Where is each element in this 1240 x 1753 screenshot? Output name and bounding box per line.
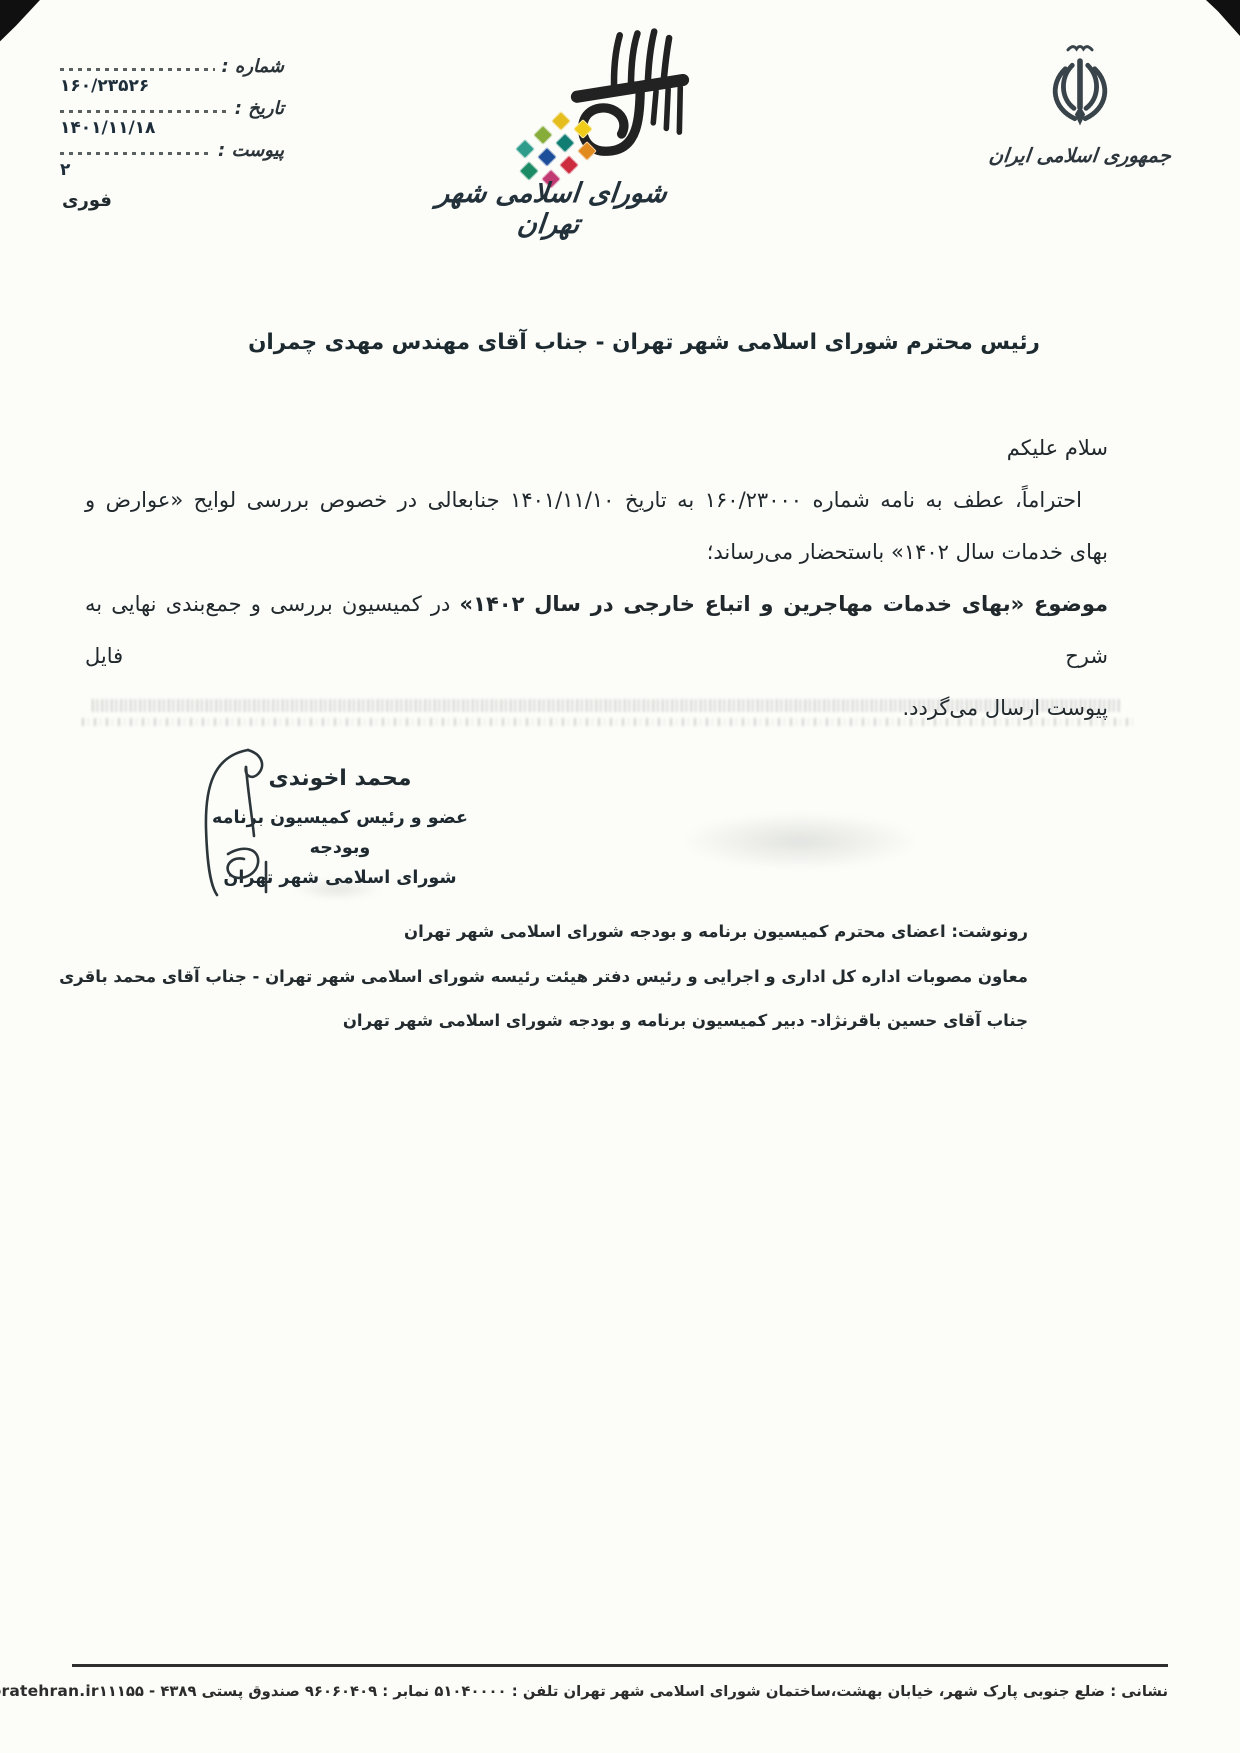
salutation: سلام علیکم — [85, 422, 1108, 474]
iran-emblem-icon — [1037, 42, 1123, 142]
logo-diamond — [555, 133, 575, 153]
recipient-line: رئیس محترم شورای اسلامی شهر تهران - جناب… — [140, 330, 1148, 355]
letter-body: سلام علیکم احتراماً، عطف به نامه شماره ۱… — [85, 422, 1108, 734]
logo-diamond — [515, 139, 535, 159]
logo-diamond — [533, 125, 553, 145]
body-line-2: بهای خدمات سال ۱۴۰۲» باستحضار می‌رساند؛ — [85, 526, 1108, 578]
footer-divider — [72, 1664, 1168, 1667]
body-line-1: احتراماً، عطف به نامه شماره ۱۶۰/۲۳۰۰۰ به… — [85, 474, 1108, 526]
scanned-letter-page: شماره : ۱۶۰/۲۳۵۲۶ تاریخ : ۱۴۰۱/۱۱/۱۸ پیو… — [0, 0, 1240, 1753]
cc-block: رونوشت: اعضای محترم کمیسیون برنامه و بود… — [59, 910, 1028, 1044]
cc-line-3: جناب آقای حسین باقرنژاد- دبیر کمیسیون بر… — [59, 999, 1028, 1044]
number-label: شماره : — [221, 56, 286, 77]
iran-emblem: جمهوری اسلامی ایران — [955, 42, 1205, 167]
scan-ghost-stamp — [680, 812, 920, 870]
council-logo: شورای اسلامی شهر تهران — [400, 26, 700, 241]
footer: نشانی : ضلع جنوبی پارک شهر، خیابان بهشت،… — [72, 1682, 1168, 1700]
footer-address: نشانی : ضلع جنوبی پارک شهر، خیابان بهشت،… — [99, 1683, 1168, 1700]
letter-number: ۱۶۰/۲۳۵۲۶ — [60, 76, 286, 96]
dashed-line — [60, 110, 229, 113]
cc-line-2: معاون مصوبات اداره کل اداری و اجرایی و ر… — [59, 955, 1028, 1000]
letter-date: ۱۴۰۱/۱۱/۱۸ — [60, 118, 286, 138]
logo-diamond — [537, 147, 557, 167]
website-url: www.shoratehran.ir — [0, 1682, 99, 1700]
state-name: جمهوری اسلامی ایران — [954, 144, 1206, 167]
council-name: شورای اسلامی شهر تهران — [397, 178, 704, 240]
body-line-3: موضوع «بهای خدمات مهاجرین و اتباع خارجی … — [85, 578, 1108, 682]
cc-line-1: رونوشت: اعضای محترم کمیسیون برنامه و بود… — [59, 910, 1028, 955]
dashed-line — [60, 152, 212, 155]
logo-diamond — [551, 111, 571, 131]
letter-meta-block: شماره : ۱۶۰/۲۳۵۲۶ تاریخ : ۱۴۰۱/۱۱/۱۸ پیو… — [58, 54, 286, 211]
subject-phrase: موضوع «بهای خدمات مهاجرین و اتباع خارجی … — [460, 592, 1108, 616]
date-label: تاریخ : — [235, 98, 286, 119]
urgency-stamp: فوری — [62, 190, 286, 211]
scan-smudge-line — [82, 718, 1136, 726]
dashed-line — [60, 68, 215, 71]
number-row: شماره : — [58, 56, 286, 77]
attachment-count: ۲ — [60, 160, 286, 180]
attachment-row: پیوست : — [58, 140, 286, 161]
handwritten-signature — [182, 744, 322, 904]
logo-diamond — [577, 141, 597, 161]
scan-smudge-line — [92, 699, 1120, 712]
logo-diamond — [573, 119, 593, 139]
logo-diamond — [559, 155, 579, 175]
scan-artifact-top-left — [0, 0, 54, 44]
date-row: تاریخ : — [58, 98, 286, 119]
attachment-label: پیوست : — [218, 140, 286, 161]
scan-artifact-top-right — [1194, 0, 1240, 40]
